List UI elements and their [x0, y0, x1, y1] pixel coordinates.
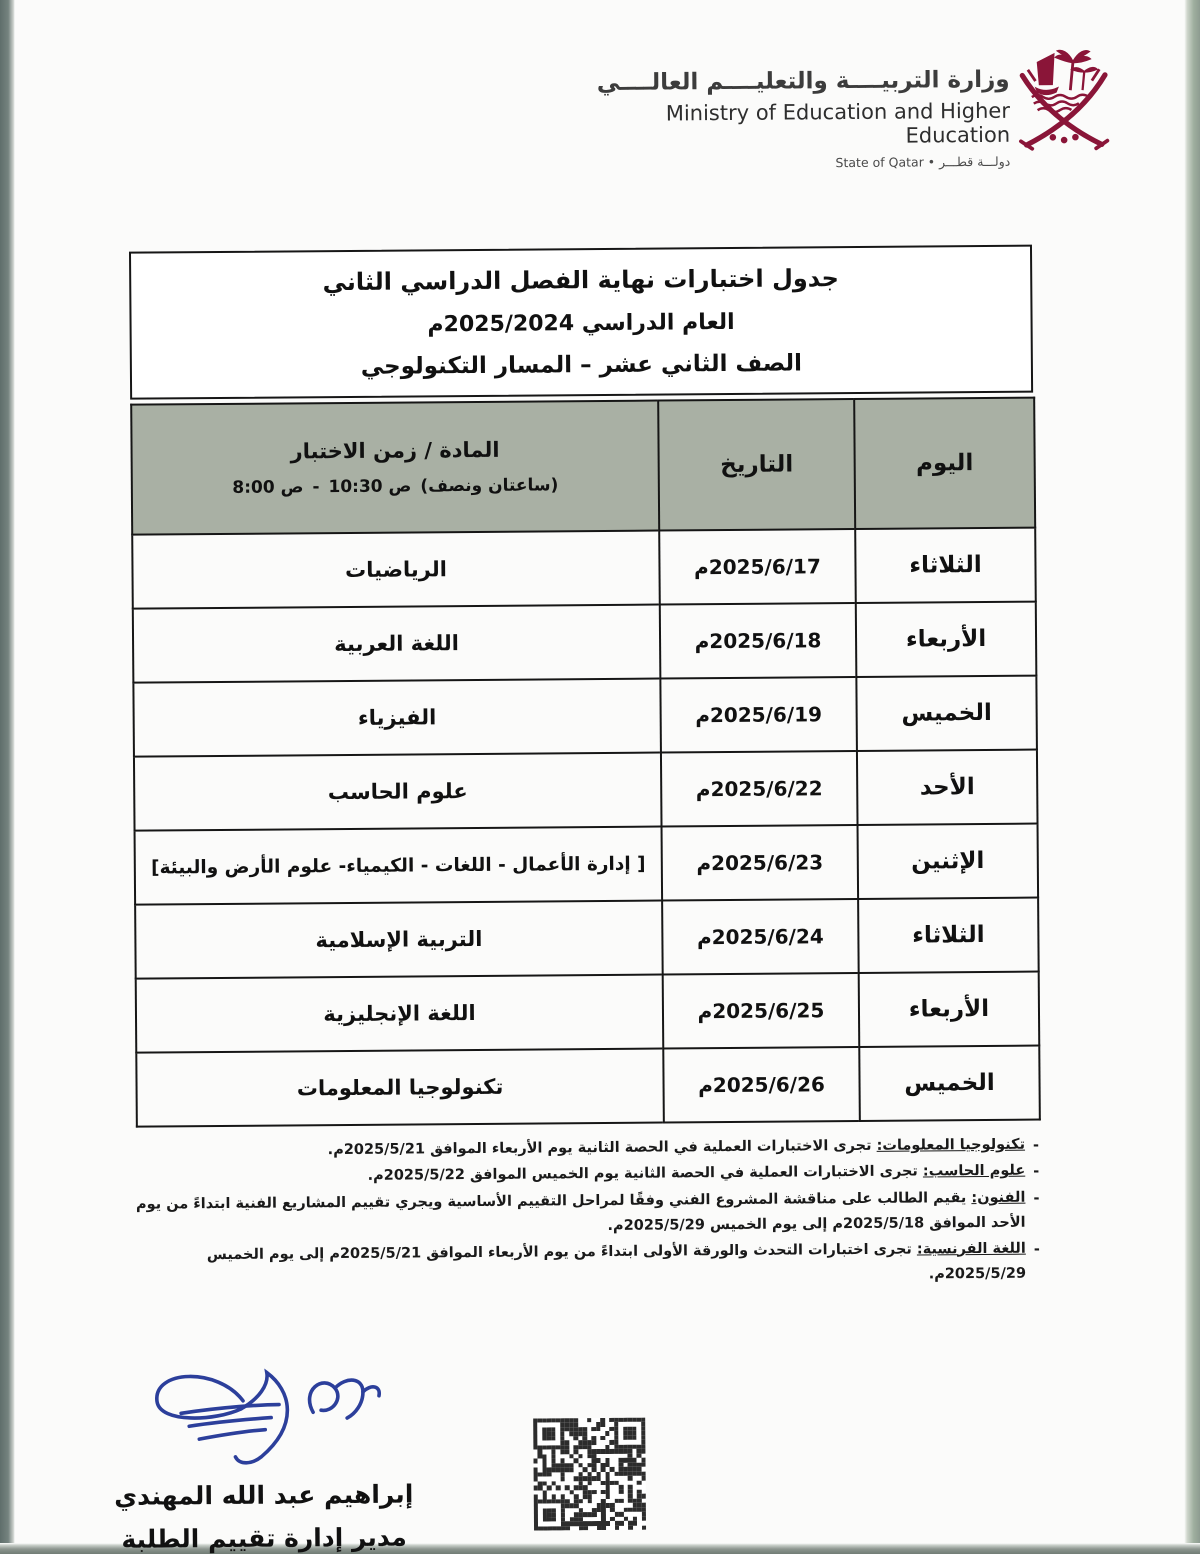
table-row: الخميس 2025/6/26م تكنولوجيا المعلومات	[136, 1046, 1040, 1127]
footnote-arts: - الفنون: يقيم الطالب على مناقشة المشروع…	[134, 1185, 1039, 1243]
table-row: الإثنين 2025/6/23م [ إدارة الأعمال - الل…	[135, 824, 1039, 905]
signature-block: إبراهيم عبد الله المهندي مدير إدارة تقيي…	[63, 1359, 464, 1554]
footnote-french: - اللغة الفرنسية: تجرى اختبارات التحدث و…	[135, 1236, 1040, 1294]
table-row: الثلاثاء 2025/6/24م التربية الإسلامية	[135, 898, 1039, 979]
ministry-name-english: Ministry of Education and Higher Educati…	[555, 99, 1010, 151]
qatar-emblem-icon	[1016, 46, 1111, 163]
column-header-subject-time: المادة / زمن الاختبار 8:00 ص - 10:30 ص (…	[131, 401, 659, 535]
schedule-title: جدول اختبارات نهاية الفصل الدراسي الثاني	[322, 264, 839, 296]
table-row: الأربعاء 2025/6/18م اللغة العربية	[133, 602, 1037, 683]
signature-ink	[123, 1360, 404, 1480]
state-of-qatar-line: دولـــة قطـــر • State of Qatar	[555, 154, 1010, 173]
exam-schedule-title-box: جدول اختبارات نهاية الفصل الدراسي الثاني…	[129, 245, 1033, 400]
table-row: الأحد 2025/6/22م علوم الحاسب	[134, 750, 1038, 831]
table-header-row: اليوم التاريخ المادة / زمن الاختبار 8:00…	[131, 398, 1035, 535]
exam-schedule-table: اليوم التاريخ المادة / زمن الاختبار 8:00…	[130, 397, 1041, 1128]
table-row: الثلاثاء 2025/6/17م الرياضيات	[132, 528, 1036, 609]
exam-time-range: 8:00 ص - 10:30 ص (ساعتان ونصف)	[133, 475, 658, 499]
ministry-header: وزارة التربيــــة والتعليــــم العالــــ…	[555, 67, 1011, 173]
signer-title: مدير إدارة تقييم الطلبة	[64, 1522, 464, 1554]
signer-name: إبراهيم عبد الله المهندي	[64, 1479, 464, 1511]
footnotes: - تكنولوجيا المعلومات: تجرى الاختبارات ا…	[134, 1133, 1040, 1294]
table-row: الخميس 2025/6/19م الفيزياء	[133, 676, 1037, 757]
qr-code	[533, 1418, 646, 1531]
column-header-day: اليوم	[854, 398, 1035, 529]
table-row: الأربعاء 2025/6/25م اللغة الإنجليزية	[136, 972, 1040, 1053]
academic-year: العام الدراسي 2025/2024م	[427, 309, 734, 336]
document-sheet: وزارة التربيــــة والتعليــــم العالــــ…	[0, 0, 1200, 1554]
column-header-date: التاريخ	[658, 399, 855, 531]
grade-and-track: الصف الثاني عشر – المسار التكنولوجي	[361, 350, 802, 379]
ministry-name-arabic: وزارة التربيــــة والتعليــــم العالــــ…	[555, 67, 1010, 97]
